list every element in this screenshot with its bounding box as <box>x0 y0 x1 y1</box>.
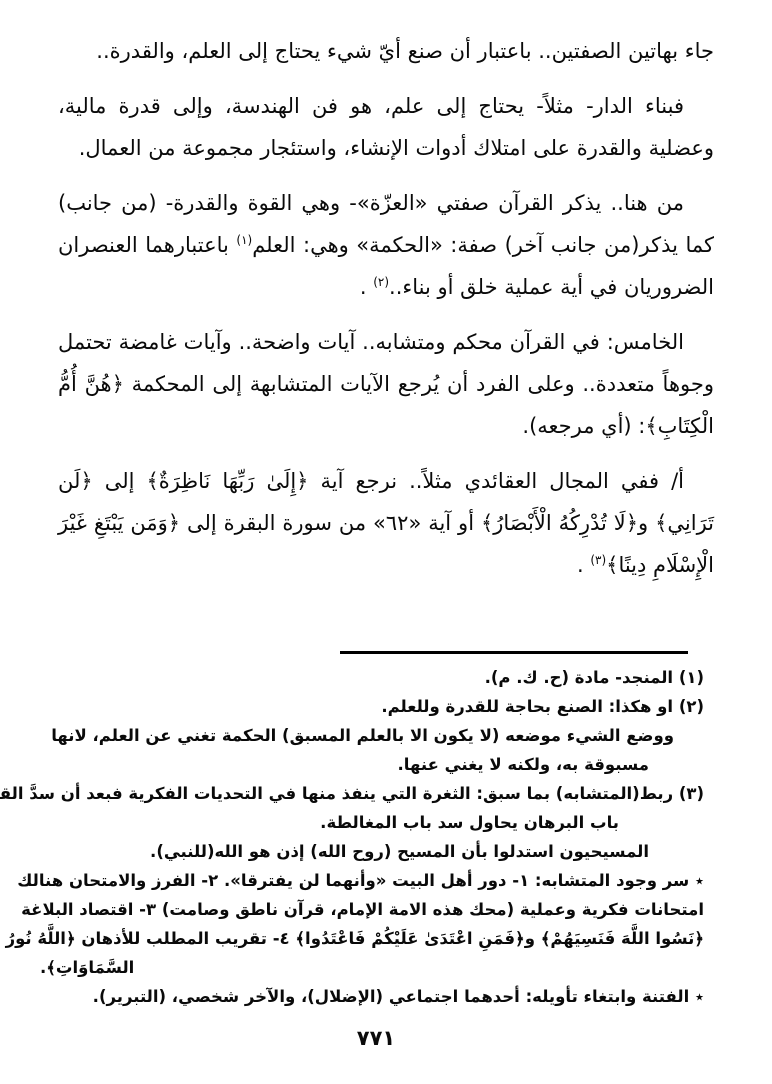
footnote-line-6: باب البرهان يحاول سد باب المغالطة. <box>40 808 704 837</box>
footnote-line-2: (٢) او هكذا: الصنع بحاجة للقدرة وللعلم. <box>40 692 704 721</box>
main-text-block: جاء بهاتين الصفتين.. باعتبار أن صنع أيّ … <box>58 30 714 599</box>
footnote-line-8: ٭ سر وجود المتشابه: ١- دور أهل البيت «وأ… <box>40 866 704 895</box>
footnotes-block: (١) المنجد- مادة (ح. ك. م). (٢) او هكذا:… <box>40 663 704 1011</box>
footnote-separator-rule <box>340 651 688 654</box>
paragraph-5-text-a: أ/ ففي المجال العقائدي مثلاً.. نرجع آية … <box>58 469 714 577</box>
footnote-line-3: ووضع الشيء موضعه (لا يكون الا بالعلم الم… <box>40 721 704 750</box>
footnote-marker-1: (١) <box>236 233 252 247</box>
footnote-marker-3: (٣) <box>590 553 606 567</box>
footnote-line-12: ٭ الفتنة وابتغاء تأويله: أحدهما اجتماعي … <box>40 982 704 1011</box>
paragraph-3-text-c: . <box>360 275 373 299</box>
paragraph-3: من هنا.. يذكر القرآن صفتي «العزّة»- وهي … <box>58 182 714 308</box>
page-number: ٧٧١ <box>0 1026 752 1050</box>
footnote-line-11: السَّمَاوَاتِ﴾. <box>40 953 704 982</box>
footnote-line-1: (١) المنجد- مادة (ح. ك. م). <box>40 663 704 692</box>
footnote-line-7: المسيحيون استدلوا بأن المسيح (روح الله) … <box>40 837 704 866</box>
paragraph-2: فبناء الدار- مثلاً- يحتاج إلى علم، هو فن… <box>58 85 714 169</box>
footnote-line-5: (٣) ربط(المتشابه) بما سبق: الثغرة التي ي… <box>40 779 704 808</box>
paragraph-4: الخامس: في القرآن محكم ومتشابه.. آيات وا… <box>58 321 714 447</box>
paragraph-5-text-b: . <box>577 553 590 577</box>
footnote-line-4: مسبوقة به، ولكنه لا يغني عنها. <box>40 750 704 779</box>
book-page: جاء بهاتين الصفتين.. باعتبار أن صنع أيّ … <box>0 0 772 1084</box>
footnote-marker-2: (٢) <box>373 275 389 289</box>
paragraph-1: جاء بهاتين الصفتين.. باعتبار أن صنع أيّ … <box>58 30 714 72</box>
footnote-line-9: امتحانات فكرية وعملية (محك هذه الامة الإ… <box>40 895 704 924</box>
paragraph-5: أ/ ففي المجال العقائدي مثلاً.. نرجع آية … <box>58 460 714 586</box>
footnote-line-10: ﴿نَسُوا اللَّهَ فَنَسِيَهُمْ﴾ و﴿فَمَنِ ا… <box>40 924 704 953</box>
